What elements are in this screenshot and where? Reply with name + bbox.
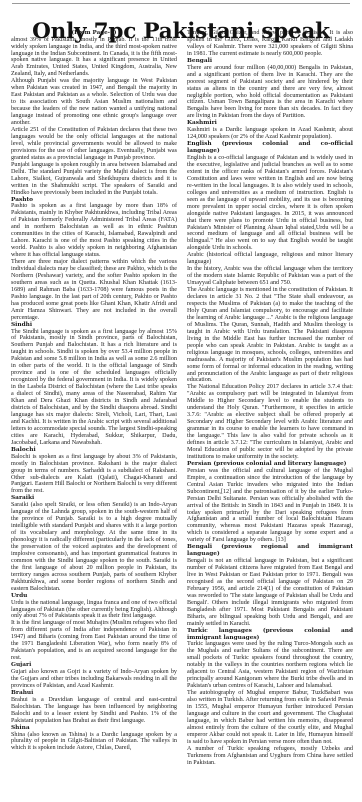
- section-heading: Gujari: [11, 662, 177, 669]
- section-heading: Brahui: [11, 690, 177, 697]
- left-column: (From Page-1) almost 39% of Pakistanis, …: [11, 30, 177, 767]
- top-divider: [12, 3, 350, 4]
- right-column: Tangeer, Gilgit, Ghizer, and a few parts…: [187, 30, 353, 767]
- paragraph: Punjabi language is spoken roughly in ar…: [11, 162, 177, 197]
- section-heading: Kashmiri: [187, 120, 353, 127]
- section-heading: Turkic languages (previous colonial and …: [187, 628, 353, 642]
- paragraph: Saraiki (also spelt Siraiki, or less oft…: [11, 502, 177, 592]
- paragraph: It is the first language of most Muhajir…: [11, 620, 177, 662]
- paragraph: The autobiography of Mughal emperor Babu…: [187, 690, 353, 746]
- paragraph: Brahui is a Dravidian language of centra…: [11, 697, 177, 725]
- paragraph: There are around four million (40,00,000…: [187, 65, 353, 121]
- paragraph: The National Education Policy 2017 decla…: [187, 384, 353, 460]
- paragraph: The Arabic language is mentioned in the …: [187, 287, 353, 384]
- paragraph: A number of Turkic speaking refugees, mo…: [187, 746, 353, 767]
- paragraph: Tangeer, Gilgit, Ghizer, and a few parts…: [187, 30, 353, 58]
- paragraph: Arabic (historical official language, re…: [187, 252, 353, 266]
- section-heading: Sindhi: [11, 322, 177, 329]
- article-body: (From Page-1) almost 39% of Pakistanis, …: [11, 30, 353, 767]
- paragraph: Shina (also known as Tshina) is a Dardic…: [11, 732, 177, 753]
- paragraph: Urdu is the national language, lingua fr…: [11, 600, 177, 621]
- paragraph: English is a co-official language of Pak…: [187, 155, 353, 252]
- section-heading: Bengali (previous regional and immigrant…: [187, 544, 353, 558]
- section-heading: Shina: [11, 725, 177, 732]
- section-heading: Bengali: [187, 58, 353, 65]
- paragraph: Although Punjabi was the majority langua…: [11, 78, 177, 127]
- paragraph: Kashmiri is a Dardic language spoken in …: [187, 127, 353, 141]
- paragraph: Turkic languages were used by the ruling…: [187, 641, 353, 690]
- paragraph: Bengali is not an official language in P…: [187, 558, 353, 628]
- paragraph: Gujari also known as Gojri is a variety …: [11, 669, 177, 690]
- paragraph: Persian was the official and cultural la…: [187, 468, 353, 544]
- continued-from-label: (From Page-1): [11, 30, 177, 37]
- section-heading: Urdu: [11, 593, 177, 600]
- paragraph: almost 39% of Pakistanis, mostly in Punj…: [11, 37, 177, 79]
- paragraph: The Sindhi language is spoken as a first…: [11, 329, 177, 447]
- paragraph: There are three major dialect patterns w…: [11, 259, 177, 322]
- section-heading: Persian (previous colonial and literary …: [187, 461, 353, 468]
- newspaper-clipping: Only 7pc Pakistani speak (From Page-1) a…: [0, 0, 362, 802]
- section-heading: English (previous colonial and co-offici…: [187, 141, 353, 155]
- section-heading: Balochi: [11, 447, 177, 454]
- paragraph: Article 251 of the Constitution of Pakis…: [11, 127, 177, 162]
- paragraph: In the history, Arabic was the official …: [187, 266, 353, 287]
- paragraph: Balochi is spoken as a first language by…: [11, 454, 177, 496]
- paragraph: Pashto is spoken as a first language by …: [11, 203, 177, 259]
